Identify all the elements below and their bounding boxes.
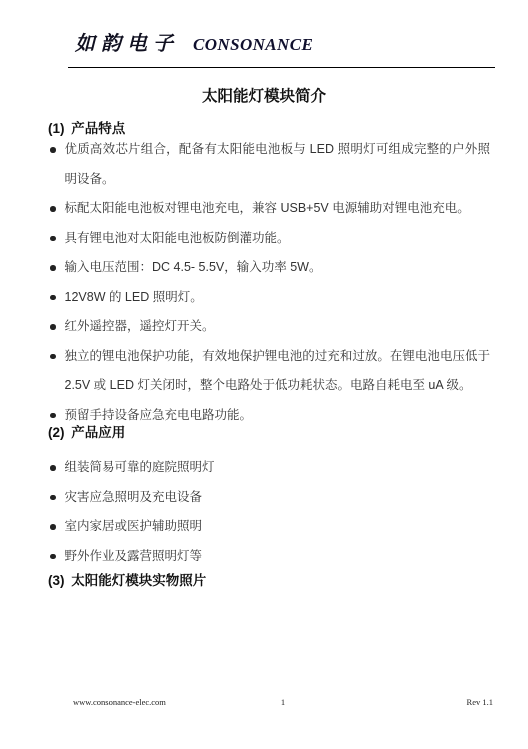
page-footer: www.consonance-elec.com 1 Rev 1.1 (73, 696, 493, 708)
bullet-icon (50, 147, 56, 153)
application-item: 组装简易可靠的庭院照明灯 (48, 453, 490, 483)
bullet-icon (50, 236, 56, 242)
feature-text: 输入电压范围：DC 4.5- 5.5V，输入功率 5W。 (65, 253, 491, 283)
footer-page-number: 1 (213, 696, 353, 708)
datasheet-page: 如韵电子CONSONANCE 太阳能灯模块简介 (1) 产品特点 优质高效芯片组… (0, 0, 528, 749)
feature-text: 红外遥控器，遥控灯开关。 (65, 312, 491, 342)
footer-website: www.consonance-elec.com (73, 696, 213, 708)
bullet-icon (50, 354, 56, 360)
application-text: 灾害应急照明及充电设备 (65, 483, 491, 513)
bullet-icon (50, 495, 56, 501)
application-text: 组装简易可靠的庭院照明灯 (65, 453, 491, 483)
feature-text: 独立的锂电池保护功能，有效地保护锂电池的过充和过放。在锂电池电压低于 2.5V … (65, 342, 491, 401)
header-divider (68, 67, 495, 68)
feature-item: 独立的锂电池保护功能，有效地保护锂电池的过充和过放。在锂电池电压低于 2.5V … (48, 342, 490, 401)
application-item: 室内家居或医护辅助照明 (48, 512, 490, 542)
footer-revision: Rev 1.1 (353, 696, 493, 708)
document-title: 太阳能灯模块简介 (24, 86, 504, 108)
feature-text: 具有锂电池对太阳能电池板防倒灌功能。 (65, 224, 491, 254)
bullet-icon (50, 324, 56, 330)
bullet-icon (50, 265, 56, 271)
applications-list: 组装简易可靠的庭院照明灯 灾害应急照明及充电设备 室内家居或医护辅助照明 野外作… (48, 453, 490, 571)
section-heading-photos: (3) 太阳能灯模块实物照片 (48, 571, 490, 591)
document-header: 如韵电子CONSONANCE (75, 31, 528, 59)
bullet-icon (50, 206, 56, 212)
bullet-icon (50, 465, 56, 471)
company-logo-chinese: 如韵电子 (75, 33, 179, 55)
bullet-icon (50, 524, 56, 530)
feature-text: 优质高效芯片组合，配备有太阳能电池板与 LED 照明灯可组成完整的户外照明设备。 (65, 135, 491, 194)
application-item: 灾害应急照明及充电设备 (48, 483, 490, 513)
feature-item: 12V8W 的 LED 照明灯。 (48, 283, 490, 313)
feature-text: 预留手持设备应急充电电路功能。 (65, 401, 491, 431)
feature-item: 红外遥控器，遥控灯开关。 (48, 312, 490, 342)
feature-text: 12V8W 的 LED 照明灯。 (65, 283, 491, 313)
feature-text: 标配太阳能电池板对锂电池充电，兼容 USB+5V 电源辅助对锂电池充电。 (65, 194, 491, 224)
feature-item: 优质高效芯片组合，配备有太阳能电池板与 LED 照明灯可组成完整的户外照明设备。 (48, 135, 490, 194)
company-logo-english: CONSONANCE (193, 35, 313, 54)
feature-item: 标配太阳能电池板对锂电池充电，兼容 USB+5V 电源辅助对锂电池充电。 (48, 194, 490, 224)
feature-item: 具有锂电池对太阳能电池板防倒灌功能。 (48, 224, 490, 254)
application-text: 室内家居或医护辅助照明 (65, 512, 491, 542)
application-text: 野外作业及露营照明灯等 (65, 542, 491, 572)
bullet-icon (50, 413, 56, 419)
features-list: 优质高效芯片组合，配备有太阳能电池板与 LED 照明灯可组成完整的户外照明设备。… (48, 135, 490, 430)
application-item: 野外作业及露营照明灯等 (48, 542, 490, 572)
bullet-icon (50, 554, 56, 560)
feature-item: 输入电压范围：DC 4.5- 5.5V，输入功率 5W。 (48, 253, 490, 283)
bullet-icon (50, 295, 56, 301)
